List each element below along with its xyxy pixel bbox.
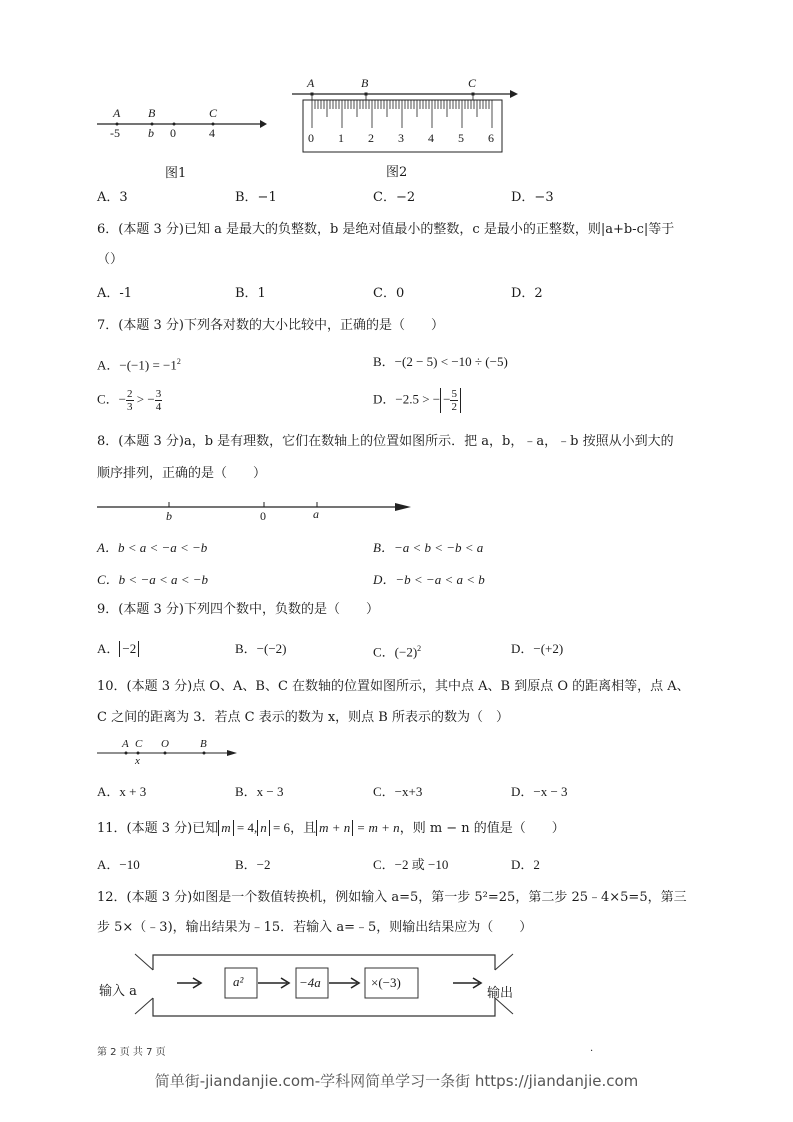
axis-label-O: O: [161, 738, 169, 750]
axis-label-x: x: [135, 755, 140, 767]
q10-option-a[interactable]: A．x + 3: [97, 784, 146, 800]
q9-option-b[interactable]: B．−(−2): [235, 641, 287, 657]
q12-stem-line1: 12．(本题 3 分)如图是一个数值转换机，例如输入 a=5，第一步 5²=25…: [97, 890, 687, 906]
q10-option-c[interactable]: C．−x+3: [373, 784, 422, 800]
ruler-tick-3: 3: [398, 131, 404, 146]
q7-option-c-label: C．: [97, 391, 119, 406]
ruler-tick-2: 2: [368, 131, 374, 146]
axis-label-a: a: [313, 507, 319, 522]
q8-option-d[interactable]: D．−b < −a < a < b: [373, 572, 485, 588]
q7-option-b[interactable]: B．−(2 − 5) < −10 ÷ (−5): [373, 354, 508, 370]
q9-option-a-label: A．: [97, 641, 119, 656]
ruler-tick-6: 6: [488, 131, 494, 146]
q10-option-b[interactable]: B．x − 3: [235, 784, 284, 800]
q9-option-a-expr: −2: [119, 641, 139, 657]
absolute-value: −52: [440, 388, 461, 413]
axis-label-b: b: [166, 509, 172, 524]
fraction-2-3: 23: [126, 388, 134, 413]
q5-option-c[interactable]: C．−2: [373, 190, 415, 206]
q11-option-c[interactable]: C．−2 或 −10: [373, 857, 448, 873]
q7-option-a-sup: 2: [177, 357, 181, 366]
q6-option-b[interactable]: B．1: [235, 286, 266, 302]
axis-label-C: C: [135, 738, 142, 750]
value-zero: 0: [170, 126, 176, 141]
q7-option-a-label: A．: [97, 357, 119, 372]
q6-stem-line1: 6．(本题 3 分)已知 a 是最大的负整数，b 是绝对值最小的整数，c 是最小…: [97, 222, 674, 238]
q7-option-a-expr: −(−1) = −1: [119, 357, 176, 372]
q7-option-c[interactable]: C．−23 > −34: [97, 388, 162, 413]
q6-stem-line2: （）: [97, 252, 123, 268]
q7-option-a[interactable]: A．−(−1) = −12: [97, 354, 181, 373]
q8-option-b[interactable]: B．−a < b < −b < a: [373, 540, 483, 556]
q11-eq1: = 4,: [234, 820, 258, 835]
q10-stem-line2: C 之间的距离为 3．若点 C 表示的数为 x，则点 B 所表示的数为（ ）: [97, 710, 509, 726]
ruler-tick-0: 0: [308, 131, 314, 146]
ruler-tick-1: 1: [338, 131, 344, 146]
abs-n: n: [257, 820, 270, 836]
axis-label-B: B: [200, 738, 207, 750]
ruler-point-a: A: [307, 76, 314, 91]
q11-eq3: = m + n: [353, 820, 399, 835]
figure-2: A B C 0 1 2 3 4 5 6 图2: [290, 75, 522, 185]
point-b-label: B: [148, 106, 155, 121]
q11-stem: 11．(本题 3 分)已知m = 4,n = 6，且m + n = m + n，…: [97, 820, 565, 837]
abs-m-plus-n: m + n: [316, 820, 353, 836]
q6-option-a[interactable]: A．-1: [97, 286, 132, 302]
q7-stem: 7．(本题 3 分)下列各对数的大小比较中，正确的是（ ）: [97, 318, 444, 334]
q8-option-c[interactable]: C．b < −a < a < −b: [97, 572, 208, 588]
figure-1: A B C -5 b 0 4 图1: [95, 100, 275, 185]
watermark-text: 简单街-jiandanjie.com-学科网简单学习一条街 https://ji…: [0, 1070, 793, 1091]
q5-option-d[interactable]: D．−3: [511, 190, 554, 206]
q7-option-b-expr: −(2 − 5) < −10 ÷ (−5): [395, 354, 508, 369]
q6-option-c[interactable]: C．0: [373, 286, 404, 302]
machine-step-minus4a: −4a: [299, 975, 321, 991]
value-minus5: -5: [110, 126, 120, 141]
q10-option-d[interactable]: D．−x − 3: [511, 784, 568, 800]
number-line-q10: [95, 738, 245, 772]
q9-option-c-sup: 2: [417, 644, 421, 653]
figure-1-caption: 图1: [165, 162, 186, 181]
ruler-point-b: B: [361, 76, 368, 91]
footer-dot: .: [590, 1043, 593, 1054]
q5-option-b[interactable]: B．−1: [235, 190, 277, 206]
q7-option-d-label: D．: [373, 391, 395, 406]
q10-number-line: A C O B x: [95, 738, 245, 772]
ruler-point-c: C: [468, 76, 476, 91]
q9-option-a[interactable]: A．−2: [97, 641, 139, 657]
q9-option-d[interactable]: D．−(+2): [511, 641, 563, 657]
q8-stem-line2: 顺序排列，正确的是（ ）: [97, 466, 266, 482]
q11-eq2: = 6: [270, 820, 290, 835]
conversion-machine-diagram: 输入 a a² −4a ×(−3) 输出: [95, 950, 535, 1025]
axis-label-A: A: [122, 738, 129, 750]
ruler-tick-5: 5: [458, 131, 464, 146]
q6-option-d[interactable]: D．2: [511, 286, 543, 302]
machine-step-times-neg3: ×(−3): [371, 975, 401, 991]
q9-stem: 9．(本题 3 分)下列四个数中，负数的是（ ）: [97, 602, 379, 618]
fraction-3-4: 34: [155, 388, 163, 413]
machine-output-label: 输出: [487, 982, 513, 1001]
abs-m: m: [218, 820, 233, 836]
q7-option-d-expr: −2.5 > −: [395, 391, 440, 406]
q8-stem-line1: 8．(本题 3 分)a，b 是有理数，它们在数轴上的位置如图所示．把 a，b，﹣…: [97, 434, 674, 450]
q12-stem-line2: 步 5×（﹣3)，输出结果为﹣15．若输入 a=﹣5，则输出结果应为（ ）: [97, 920, 532, 936]
q7-option-b-label: B．: [373, 354, 395, 369]
q11-option-a[interactable]: A．−10: [97, 857, 140, 873]
machine-input-label: 输入 a: [99, 980, 137, 999]
value-b: b: [148, 126, 154, 141]
fraction-5-2: 52: [450, 388, 458, 413]
q11-stem-mid: ，且: [290, 821, 316, 836]
number-line-q8: [95, 497, 415, 525]
q8-option-a[interactable]: A．b < a < −a < −b: [97, 540, 207, 556]
q11-stem-pre: 11．(本题 3 分)已知: [97, 821, 218, 836]
value-4: 4: [209, 126, 215, 141]
axis-label-zero: 0: [260, 509, 266, 524]
q9-option-c-expr: (−2): [395, 644, 418, 659]
point-c-label: C: [209, 106, 217, 121]
q5-option-a[interactable]: A．3: [97, 190, 128, 206]
ruler-tick-4: 4: [428, 131, 434, 146]
q9-option-c[interactable]: C．(−2)2: [373, 641, 421, 660]
page-number: 第 2 页 共 7 页: [97, 1043, 166, 1058]
q8-number-line: b 0 a: [95, 497, 415, 525]
q11-option-d[interactable]: D．2: [511, 857, 540, 873]
q7-option-d[interactable]: D．−2.5 > −−52: [373, 388, 461, 413]
q11-stem-post: ，则 m − n 的值是（ ）: [400, 821, 565, 836]
machine-step-square: a²: [233, 974, 243, 990]
q9-option-c-label: C．: [373, 644, 395, 659]
figure-2-caption: 图2: [386, 161, 407, 180]
point-a-label: A: [113, 106, 120, 121]
q10-stem-line1: 10．(本题 3 分)点 O、A、B、C 在数轴的位置如图所示，其中点 A、B …: [97, 679, 690, 695]
q11-option-b[interactable]: B．−2: [235, 857, 271, 873]
